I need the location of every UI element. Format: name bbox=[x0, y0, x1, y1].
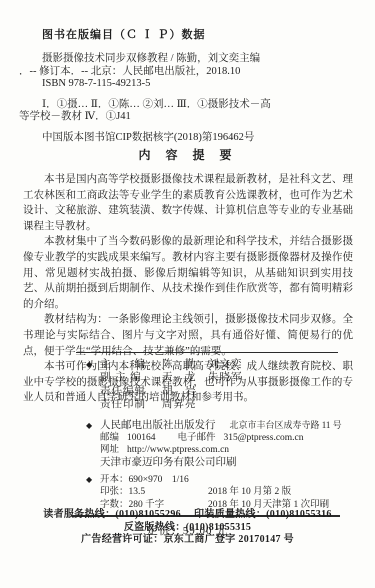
publisher-name: 人民邮电出版社出版发行 bbox=[100, 419, 216, 432]
editor-names: 陈 勤 刘文奕 bbox=[162, 358, 243, 371]
diamond-bullet-icon: ◆ bbox=[86, 358, 100, 371]
spec-edition: 2018 年 10 月第 2 版 bbox=[208, 486, 291, 498]
cip-section: 图书在版编目（Ｃ Ｉ Ｐ）数据 摄影摄像技术同步双修教程 / 陈勤，刘文奕主编 … bbox=[0, 26, 375, 144]
diamond-bullet-icon: ◆ bbox=[86, 419, 100, 432]
cip-record-line: 中国版本图书馆CIP数据核字(2018)第196462号 bbox=[42, 132, 375, 145]
editor-role: 责任印制 bbox=[100, 398, 162, 411]
summary-paragraph: 本书是国内高等学校摄影摄像技术课程最新教材，是社科文艺、理工农林医和工商政法等专… bbox=[23, 172, 353, 234]
printer-line: 天津市豪迈印务有限公司印刷 bbox=[100, 456, 375, 469]
cip-body: 摄影摄像技术同步双修教程 / 陈勤，刘文奕主编 ．-- 修订本．-- 北京：人民… bbox=[0, 53, 375, 144]
publisher-address: 北京市丰台区成寿寺路 11 号 bbox=[230, 419, 342, 432]
editors-block: ◆ 主 编 陈 勤 刘文奕 副 主 编 天 龙 朱晓军 责任编辑 胡 岩 责任印… bbox=[86, 358, 375, 412]
editor-names: 天 龙 朱晓军 bbox=[162, 371, 243, 384]
editor-row: 责任编辑 胡 岩 bbox=[86, 385, 375, 398]
editor-row: ◆ 主 编 陈 勤 刘文奕 bbox=[86, 358, 375, 371]
spec-row-format: ◆ 开本：690×970 1/16 bbox=[86, 474, 375, 486]
cip-class-line-2: 等学校－教材 Ⅳ．①J41 bbox=[19, 111, 375, 124]
spec-row-sheets: 印张：13.5 2018 年 10 月第 2 版 bbox=[86, 486, 375, 498]
cip-class-line-1: Ⅰ．①摄… Ⅱ．①陈… ②刘… Ⅲ．①摄影技术－高 bbox=[42, 99, 375, 112]
postcode-value: 100164 bbox=[127, 433, 156, 443]
specs-block: ◆ 开本：690×970 1/16 印张：13.5 2018 年 10 月第 2… bbox=[86, 474, 375, 511]
cip-isbn-line: ISBN 978-7-115-49213-5 bbox=[42, 78, 375, 91]
editor-role: 责任编辑 bbox=[100, 385, 162, 398]
editor-role: 主 编 bbox=[100, 358, 162, 371]
editor-role: 副 主 编 bbox=[100, 371, 162, 384]
website-value: http://www.ptpress.com.cn bbox=[127, 445, 229, 455]
summary-paragraph: 本教材集中了当今数码影像的最新理论和科学技术，并结合摄影摄像专业教学的实践成果来… bbox=[23, 234, 353, 312]
cip-title-line: 摄影摄像技术同步双修教程 / 陈勤，刘文奕主编 bbox=[42, 53, 375, 66]
reader-service-hotline: 读者服务热线：(010)81055296 印装质量热线：(010)8105531… bbox=[0, 509, 375, 522]
cip-edition-line: ．-- 修订本．-- 北京：人民邮电出版社，2018.10 bbox=[19, 66, 375, 79]
email-label: 电子邮件 bbox=[178, 433, 216, 443]
publisher-postcode-row: 邮编100164电子邮件315@ptpress.com.cn bbox=[100, 432, 375, 444]
email-value: 315@ptpress.com.cn bbox=[224, 433, 304, 443]
editor-row: 责任印制 周昇亮 bbox=[86, 398, 375, 411]
anti-piracy-hotline: 反盗版热线：(010)81055315 bbox=[0, 522, 375, 535]
website-label: 网址 bbox=[100, 445, 119, 455]
editor-names: 周昇亮 bbox=[162, 398, 197, 411]
publisher-main-row: ◆ 人民邮电出版社出版发行 北京市丰台区成寿寺路 11 号 bbox=[86, 419, 375, 432]
publisher-block: ◆ 人民邮电出版社出版发行 北京市丰台区成寿寺路 11 号 邮编100164电子… bbox=[86, 419, 375, 470]
divider-line-top bbox=[76, 352, 338, 353]
diamond-bullet-icon: ◆ bbox=[86, 474, 100, 486]
ad-license-line: 广告经营许可证：京东工商广登字 20170147 号 bbox=[0, 534, 375, 547]
hotline-footer: 读者服务热线：(010)81055296 印装质量热线：(010)8105531… bbox=[0, 509, 375, 547]
postcode-label: 邮编 bbox=[100, 433, 119, 443]
spec-sheets: 印张：13.5 bbox=[100, 486, 208, 498]
content-summary-title: 内 容 提 要 bbox=[23, 146, 353, 163]
spec-format: 开本：690×970 1/16 bbox=[100, 474, 189, 486]
copyright-page: 图书在版编目（Ｃ Ｉ Ｐ）数据 摄影摄像技术同步双修教程 / 陈勤，刘文奕主编 … bbox=[0, 0, 375, 588]
editor-names: 胡 岩 bbox=[162, 385, 197, 398]
cip-header: 图书在版编目（Ｃ Ｉ Ｐ）数据 bbox=[42, 26, 375, 42]
publisher-website-row: 网址http://www.ptpress.com.cn bbox=[100, 444, 375, 456]
editor-row: 副 主 编 天 龙 朱晓军 bbox=[86, 371, 375, 384]
